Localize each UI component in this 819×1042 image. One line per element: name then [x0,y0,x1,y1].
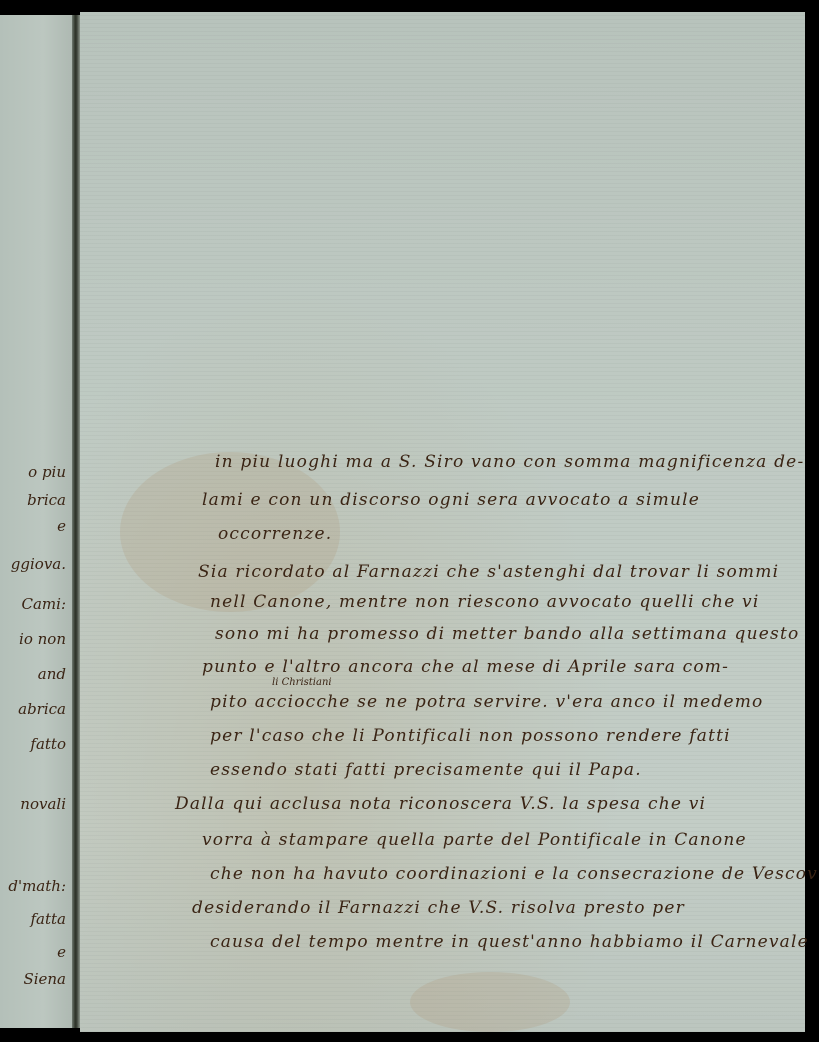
text-line: Sia ricordato al Farnazzi che s'astenghi… [198,562,779,582]
left-fragment: e [57,517,66,535]
left-page: o piu brica e ggiova. Cami: io non and a… [0,15,72,1028]
left-fragment: ggiova. [11,555,66,573]
text-line: lami e con un discorso ogni sera avvocat… [202,490,700,510]
left-fragment: brica [27,491,66,509]
left-fragment: abrica [18,700,66,718]
left-fragment: fatta [31,910,67,928]
left-fragment: d'math: [8,877,66,895]
left-fragment: io non [19,630,66,648]
binding-seam [72,15,80,1028]
text-line: desiderando il Farnazzi che V.S. risolva… [192,898,685,918]
right-page: in piu luoghi ma a S. Siro vano con somm… [80,12,805,1032]
text-line: che non ha havuto coordinazioni e la con… [210,864,819,884]
foxing-stain [410,972,570,1032]
text-line: sono mi ha promesso di metter bando alla… [215,624,799,644]
text-line: occorrenze. [218,524,332,544]
left-fragment: novali [20,795,66,813]
text-line: pito acciocche se ne potra servire. v'er… [210,692,763,712]
text-line: nell Canone, mentre non riescono avvocat… [210,592,760,612]
left-fragment: Cami: [22,595,67,613]
interlinear-note: li Christiani [272,677,332,688]
left-fragment: e [57,943,66,961]
text-line: punto e l'altro ancora che al mese di Ap… [202,657,729,677]
left-fragment: o piu [28,463,66,481]
text-line: essendo stati fatti precisamente qui il … [210,760,642,780]
left-fragment: Siena [23,970,66,988]
text-line: per l'caso che li Pontificali non posson… [210,726,731,746]
text-line: Dalla qui acclusa nota riconoscera V.S. … [175,794,706,814]
text-line: causa del tempo mentre in quest'anno hab… [210,932,809,952]
text-line: vorra à stampare quella parte del Pontif… [202,830,747,850]
left-fragment: and [38,665,66,683]
text-line: in piu luoghi ma a S. Siro vano con somm… [215,452,804,472]
left-fragment: fatto [30,735,66,753]
